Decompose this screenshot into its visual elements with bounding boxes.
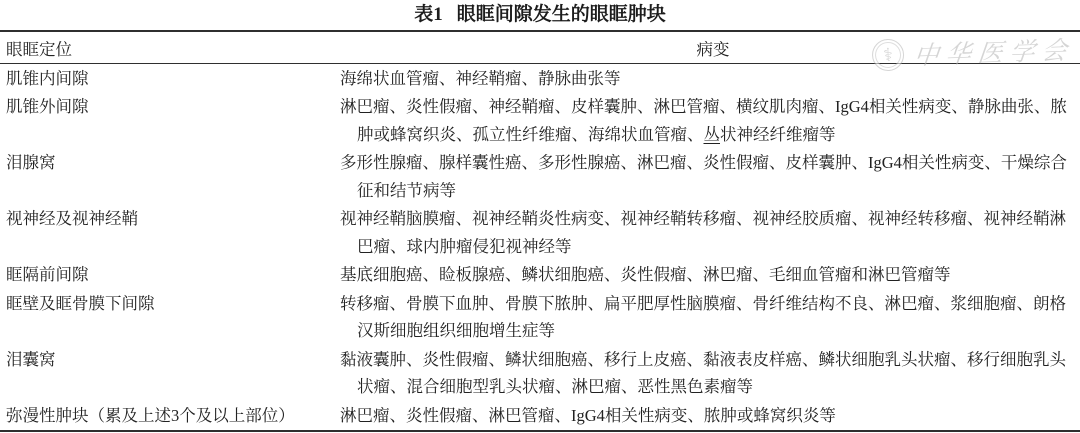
orbital-location-cell: 肌锥外间隙 — [0, 93, 340, 148]
table-row: 泪囊窝 黏液囊肿、炎性假瘤、鳞状细胞癌、移行上皮癌、黏液表皮样癌、鳞状细胞乳头状… — [0, 345, 1080, 401]
table-row: 眶隔前间隙 基底细胞癌、睑板腺癌、鳞状细胞癌、炎性假瘤、淋巴瘤、毛细血管瘤和淋巴… — [0, 261, 1080, 290]
lesions-cell: 淋巴瘤、炎性假瘤、神经鞘瘤、皮样囊肿、淋巴管瘤、横纹肌肉瘤、IgG4相关性病变、… — [340, 93, 1080, 148]
lesions-cell: 淋巴瘤、炎性假瘤、淋巴管瘤、IgG4相关性病变、脓肿或蜂窝织炎等 — [340, 402, 1080, 430]
orbital-location-cell: 弥漫性肿块（累及上述3个及以上部位） — [0, 402, 340, 430]
lesions-cell: 转移瘤、骨膜下血肿、骨膜下脓肿、扁平肥厚性脑膜瘤、骨纤维结构不良、淋巴瘤、浆细胞… — [340, 290, 1080, 345]
table-row: 眶壁及眶骨膜下间隙 转移瘤、骨膜下血肿、骨膜下脓肿、扁平肥厚性脑膜瘤、骨纤维结构… — [0, 289, 1080, 345]
lesions-cell: 黏液囊肿、炎性假瘤、鳞状细胞癌、移行上皮癌、黏液表皮样癌、鳞状细胞乳头状瘤、移行… — [340, 346, 1080, 401]
orbital-location-cell: 视神经及视神经鞘 — [0, 205, 340, 260]
header-lesion: 病变 — [346, 36, 1080, 60]
paper-table-page: 表1眼眶间隙发生的眼眶肿块 眼眶定位 病变 肌锥内间隙 海绵状血管瘤、神经鞘瘤、… — [0, 0, 1080, 433]
table-header-row: 眼眶定位 病变 — [0, 32, 1080, 64]
orbital-location-cell: 眶壁及眶骨膜下间隙 — [0, 290, 340, 345]
table-row: 视神经及视神经鞘 视神经鞘脑膜瘤、视神经鞘炎性病变、视神经鞘转移瘤、视神经胶质瘤… — [0, 205, 1080, 261]
orbital-location-cell: 肌锥内间隙 — [0, 65, 340, 93]
lesions-cell: 海绵状血管瘤、神经鞘瘤、静脉曲张等 — [340, 65, 1080, 93]
lesions-text: 状神经纤维瘤等 — [720, 125, 836, 144]
table-row: 弥漫性肿块（累及上述3个及以上部位） 淋巴瘤、炎性假瘤、淋巴管瘤、IgG4相关性… — [0, 401, 1080, 430]
lesions-cell: 基底细胞癌、睑板腺癌、鳞状细胞癌、炎性假瘤、淋巴瘤、毛细血管瘤和淋巴管瘤等 — [340, 261, 1080, 289]
orbital-location-cell: 泪囊窝 — [0, 346, 340, 401]
orbital-location-cell: 泪腺窝 — [0, 149, 340, 204]
orbital-location-cell: 眶隔前间隙 — [0, 261, 340, 289]
table-row: 泪腺窝 多形性腺瘤、腺样囊性癌、多形性腺癌、淋巴瘤、炎性假瘤、皮样囊肿、IgG4… — [0, 149, 1080, 205]
header-orbital-location: 眼眶定位 — [0, 36, 346, 60]
underlined-character: 丛 — [704, 125, 721, 144]
lesions-cell: 视神经鞘脑膜瘤、视神经鞘炎性病变、视神经鞘转移瘤、视神经胶质瘤、视神经转移瘤、视… — [340, 205, 1080, 260]
table-row: 肌锥内间隙 海绵状血管瘤、神经鞘瘤、静脉曲张等 — [0, 64, 1080, 93]
table-number-label: 表1 — [414, 4, 443, 25]
table-title: 表1眼眶间隙发生的眼眶肿块 — [0, 0, 1080, 30]
table-row: 肌锥外间隙 淋巴瘤、炎性假瘤、神经鞘瘤、皮样囊肿、淋巴管瘤、横纹肌肉瘤、IgG4… — [0, 93, 1080, 149]
lesions-cell: 多形性腺瘤、腺样囊性癌、多形性腺癌、淋巴瘤、炎性假瘤、皮样囊肿、IgG4相关性病… — [340, 149, 1080, 204]
orbital-mass-table: 眼眶定位 病变 肌锥内间隙 海绵状血管瘤、神经鞘瘤、静脉曲张等 肌锥外间隙 淋巴… — [0, 30, 1080, 432]
table-title-text: 眼眶间隙发生的眼眶肿块 — [457, 4, 666, 25]
